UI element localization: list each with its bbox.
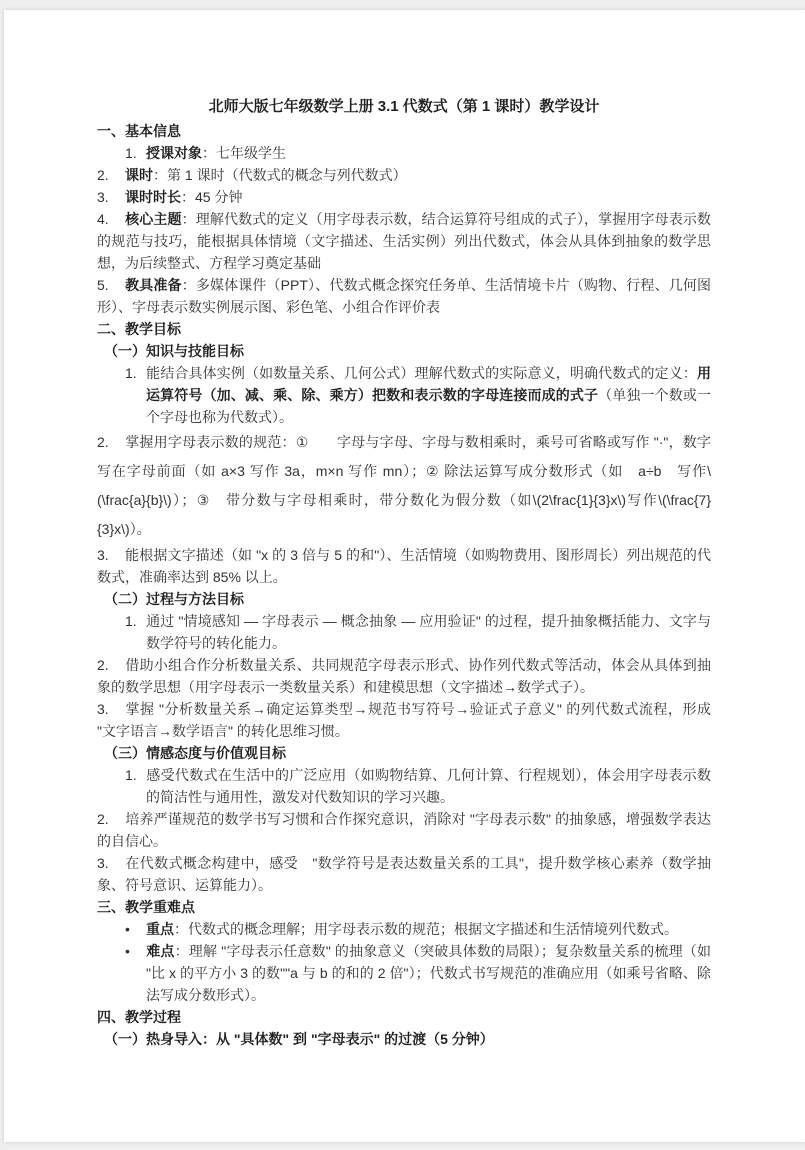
- number-marker: 2.: [97, 164, 125, 186]
- number-marker: 3.: [97, 852, 125, 874]
- paragraph: 2.培养严谨规范的数学书写习惯和合作探究意识，消除对 "字母表示数" 的抽象感，…: [97, 808, 711, 852]
- list-item: •难点：理解 "字母表示任意数" 的抽象意义（突破具体数的局限）；复杂数量关系的…: [97, 940, 711, 1006]
- text-run: ：第 1 课时（代数式的概念与列代数式）: [153, 167, 407, 183]
- number-marker: 2.: [97, 654, 125, 676]
- number-marker: 2.: [97, 808, 125, 830]
- paragraph: 4.核心主题：理解代数式的定义（用字母表示数，结合运算符号组成的式子），掌握用字…: [97, 208, 711, 274]
- text-run: ：45 分钟: [181, 189, 242, 205]
- paragraph: 3.能根据文字描述（如 "x 的 3 倍与 5 的和"）、生活情境（如购物费用、…: [97, 544, 711, 588]
- bullet-marker: •: [125, 940, 146, 962]
- text-run: 四、教学过程: [97, 1009, 181, 1025]
- text-run: ：理解代数式的定义（用字母表示数，结合运算符号组成的式子），掌握用字母表示数的规…: [97, 211, 711, 271]
- text-run: 能结合具体实例（如数量关系、几何公式）理解代数式的实际意义，明确代数式的定义：: [146, 365, 697, 381]
- text-run: 二、教学目标: [97, 321, 181, 337]
- text-run: 培养严谨规范的数学书写习惯和合作探究意识，消除对 "字母表示数" 的抽象感，增强…: [97, 811, 711, 849]
- paragraph: 2.借助小组合作分析数量关系、共同规范字母表示形式、协作列代数式等活动，体会从具…: [97, 654, 711, 698]
- number-marker: 2.: [97, 428, 125, 457]
- text-run: （二）过程与方法目标: [104, 591, 244, 607]
- text-run: （一）热身导入：从 "具体数" 到 "字母表示" 的过渡（5 分钟）: [104, 1031, 494, 1047]
- text-run: （三）情感态度与价值观目标: [104, 745, 286, 761]
- list-item: 1.授课对象：七年级学生: [97, 142, 711, 164]
- bullet-marker: •: [125, 918, 146, 940]
- text-run: 借助小组合作分析数量关系、共同规范字母表示形式、协作列代数式等活动，体会从具体到…: [97, 657, 711, 695]
- sub-heading: （三）情感态度与价值观目标: [97, 742, 711, 764]
- list-item: 1.能结合具体实例（如数量关系、几何公式）理解代数式的实际意义，明确代数式的定义…: [97, 362, 711, 428]
- number-marker: 1.: [125, 142, 146, 164]
- paragraph: 3.课时时长：45 分钟: [97, 186, 711, 208]
- section-heading: 二、教学目标: [97, 318, 711, 340]
- text-run: 能根据文字描述（如 "x 的 3 倍与 5 的和"）、生活情境（如购物费用、图形…: [97, 547, 711, 585]
- document-page: 北师大版七年级数学上册 3.1 代数式（第 1 课时）教学设计 一、基本信息1.…: [4, 10, 805, 1142]
- text-run: （一）知识与技能目标: [104, 343, 244, 359]
- number-marker: 1.: [125, 362, 146, 384]
- viewer-background: 北师大版七年级数学上册 3.1 代数式（第 1 课时）教学设计 一、基本信息1.…: [0, 0, 805, 1150]
- paragraph: 3.掌握 "分析数量关系→确定运算类型→规范书写符号→验证式子意义" 的列代数式…: [97, 698, 711, 742]
- text-run: 一、基本信息: [97, 123, 181, 139]
- number-marker: 3.: [97, 544, 125, 566]
- text-run: ：七年级学生: [202, 145, 286, 161]
- number-marker: 3.: [97, 698, 125, 720]
- text-run: 通过 "情境感知 — 字母表示 — 概念抽象 — 应用验证" 的过程，提升抽象概…: [146, 613, 711, 651]
- section-heading: 四、教学过程: [97, 1006, 711, 1028]
- text-run: 课时时长: [125, 189, 181, 205]
- text-run: 在代数式概念构建中，感受 "数学符号是表达数量关系的工具"，提升数学核心素养（数…: [97, 855, 711, 893]
- document-title: 北师大版七年级数学上册 3.1 代数式（第 1 课时）教学设计: [97, 96, 711, 118]
- text-run: ：多媒体课件（PPT）、代数式概念探究任务单、生活情境卡片（购物、行程、几何图形…: [97, 277, 711, 315]
- text-run: 重点: [146, 921, 174, 937]
- document-body: 一、基本信息1.授课对象：七年级学生2.课时：第 1 课时（代数式的概念与列代数…: [97, 120, 711, 1050]
- sub-heading: （一）知识与技能目标: [97, 340, 711, 362]
- number-marker: 1.: [125, 764, 146, 786]
- number-marker: 5.: [97, 274, 125, 296]
- section-heading: 一、基本信息: [97, 120, 711, 142]
- text-run: 核心主题: [125, 211, 182, 227]
- number-marker: 4.: [97, 208, 125, 230]
- text-run: 课时: [125, 167, 153, 183]
- text-run: 难点: [146, 943, 175, 959]
- text-run: ：理解 "字母表示任意数" 的抽象意义（突破具体数的局限）；复杂数量关系的梳理（…: [146, 943, 711, 1003]
- paragraph: 3.在代数式概念构建中，感受 "数学符号是表达数量关系的工具"，提升数学核心素养…: [97, 852, 711, 896]
- paragraph: 2.课时：第 1 课时（代数式的概念与列代数式）: [97, 164, 711, 186]
- text-run: 教具准备: [125, 277, 182, 293]
- paragraph: 2.掌握用字母表示数的规范：① 字母与字母、字母与数相乘时，乘号可省略或写作 "…: [97, 428, 711, 544]
- list-item: 1.通过 "情境感知 — 字母表示 — 概念抽象 — 应用验证" 的过程，提升抽…: [97, 610, 711, 654]
- list-item: •重点：代数式的概念理解；用字母表示数的规范；根据文字描述和生活情境列代数式。: [97, 918, 711, 940]
- text-run: 掌握 "分析数量关系→确定运算类型→规范书写符号→验证式子意义" 的列代数式流程…: [97, 701, 711, 739]
- text-run: 三、教学重难点: [97, 899, 195, 915]
- sub-heading: （一）热身导入：从 "具体数" 到 "字母表示" 的过渡（5 分钟）: [97, 1028, 711, 1050]
- text-run: 感受代数式在生活中的广泛应用（如购物结算、几何计算、行程规划），体会用字母表示数…: [146, 767, 711, 805]
- sub-heading: （二）过程与方法目标: [97, 588, 711, 610]
- text-run: ：代数式的概念理解；用字母表示数的规范；根据文字描述和生活情境列代数式。: [174, 921, 678, 937]
- number-marker: 1.: [125, 610, 146, 632]
- text-run: 授课对象: [146, 145, 202, 161]
- number-marker: 3.: [97, 186, 125, 208]
- section-heading: 三、教学重难点: [97, 896, 711, 918]
- text-run: 掌握用字母表示数的规范：① 字母与字母、字母与数相乘时，乘号可省略或写作 "·"…: [97, 434, 711, 537]
- list-item: 1.感受代数式在生活中的广泛应用（如购物结算、几何计算、行程规划），体会用字母表…: [97, 764, 711, 808]
- paragraph: 5.教具准备：多媒体课件（PPT）、代数式概念探究任务单、生活情境卡片（购物、行…: [97, 274, 711, 318]
